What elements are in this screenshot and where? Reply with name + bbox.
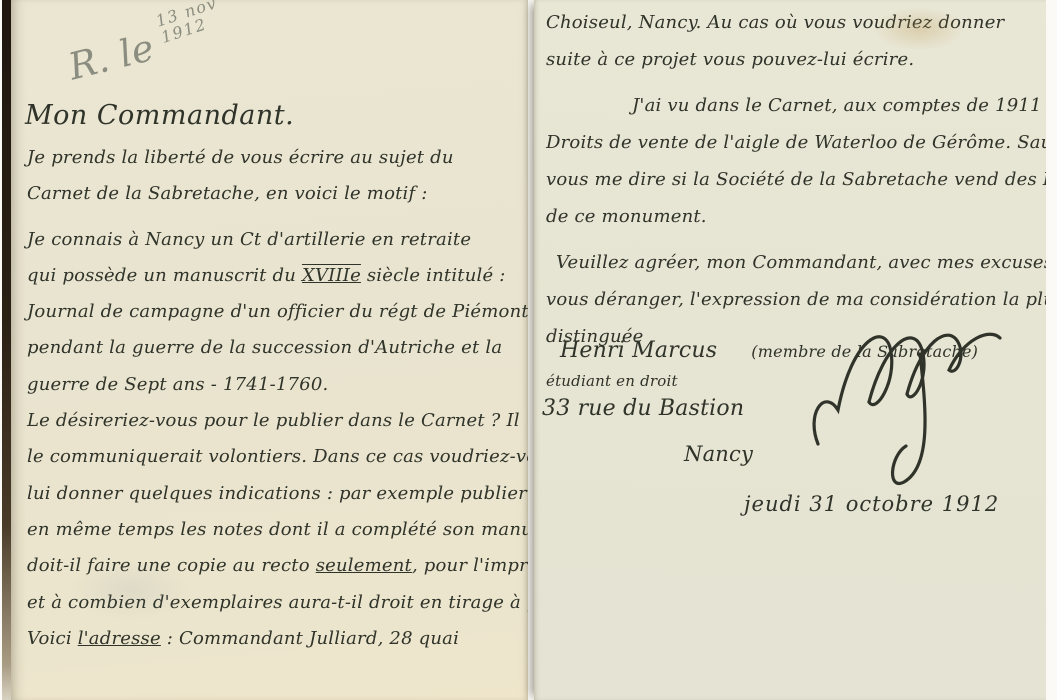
signature-flourish <box>802 316 1022 491</box>
letter-line: vous me dire si la Société de la Sabreta… <box>546 169 1046 206</box>
letter-line-segment: , pour l'impression... <box>412 555 528 576</box>
letter-line: qui possède un manuscrit du XVIIIe siècl… <box>27 265 528 301</box>
letter-line: suite à ce projet vous pouvez-lui écrire… <box>546 49 1046 86</box>
underlined-text: XVIIIe <box>302 265 361 286</box>
letter-line-segment: Voici <box>27 628 78 649</box>
letter-body-right: Choiseul, Nancy. Au cas où vous voudriez… <box>546 12 1046 363</box>
letter-line: Je prends la liberté de vous écrire au s… <box>27 147 528 183</box>
letter-line: en même temps les notes dont il a complé… <box>27 519 528 555</box>
signer-name: Henri Marcus <box>560 338 717 363</box>
pencil-received-annotation: R. le 13 nov 1912 <box>64 7 236 89</box>
letter-line-segment: : Commandant Julliard, 28 quai <box>161 628 459 649</box>
letter-line: Choiseul, Nancy. Au cas où vous voudriez… <box>546 12 1046 49</box>
scanned-letter: R. le 13 nov 1912 Mon Commandant. Je pre… <box>0 0 1057 700</box>
letter-line: Journal de campagne d'un officier du rég… <box>27 301 528 337</box>
letter-line: Veuillez agréer, mon Commandant, avec me… <box>556 252 1046 289</box>
underlined-text: l'adresse <box>78 628 161 649</box>
letter-line: Carnet de la Sabretache, en voici le mot… <box>27 183 528 219</box>
dark-backing-edge <box>2 0 11 700</box>
letter-page-right: Choiseul, Nancy. Au cas où vous voudriez… <box>534 0 1046 700</box>
signer-occupation: étudiant en droit <box>546 372 678 390</box>
paper-stain <box>71 560 191 620</box>
letter-line: de ce monument. <box>546 206 1046 243</box>
signer-address: 33 rue du Bastion <box>542 396 744 421</box>
letter-line: Le désireriez-vous pour le publier dans … <box>27 410 528 446</box>
letter-line: Droits de vente de l'aigle de Waterloo d… <box>546 132 1046 169</box>
paper-stain <box>874 8 964 50</box>
letter-line: pendant la guerre de la succession d'Aut… <box>27 337 528 373</box>
signer-city: Nancy <box>684 442 753 466</box>
letter-page-left: R. le 13 nov 1912 Mon Commandant. Je pre… <box>11 0 528 700</box>
letter-line: le communiquerait volontiers. Dans ce ca… <box>27 446 528 482</box>
salutation: Mon Commandant. <box>25 100 528 131</box>
letter-line: guerre de Sept ans - 1741-1760. <box>27 374 528 410</box>
pencil-annotation-date: 13 nov 1912 <box>154 0 231 46</box>
letter-line: Voici l'adresse : Commandant Julliard, 2… <box>27 628 528 664</box>
pencil-annotation-prefix: R. le <box>64 26 158 89</box>
letter-line-segment: qui possède un manuscrit du <box>27 265 302 286</box>
underlined-text: seulement <box>316 555 412 576</box>
letter-line: J'ai vu dans le Carnet, aux comptes de 1… <box>632 95 1046 132</box>
letter-date: jeudi 31 octobre 1912 <box>744 492 999 516</box>
letter-line: Je connais à Nancy un Ct d'artillerie en… <box>27 229 528 265</box>
letter-line: lui donner quelques indications : par ex… <box>27 483 528 519</box>
letter-line-segment: siècle intitulé : <box>361 265 506 286</box>
